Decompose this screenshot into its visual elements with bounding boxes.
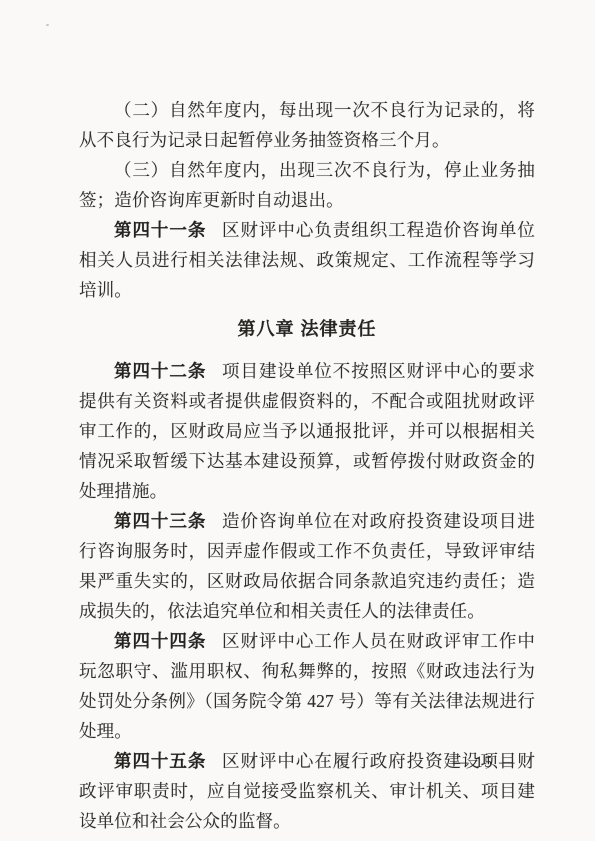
clause-45-number: 第四十五条 bbox=[114, 751, 222, 771]
clause-42-number: 第四十二条 bbox=[114, 361, 222, 381]
paragraph-text: （三）自然年度内，出现三次不良行为，停止业务抽签；造价咨询库更新时自动退出。 bbox=[79, 160, 535, 210]
page-number: — 15 — bbox=[453, 754, 516, 772]
clause-42: 第四十二条项目建设单位不按照区财评中心的要求提供有关资料或者提供虚假资料的，不配… bbox=[79, 356, 535, 506]
clause-42-text: 项目建设单位不按照区财评中心的要求提供有关资料或者提供虚假资料的，不配合或阻扰财… bbox=[79, 361, 535, 501]
list-item-2: （二）自然年度内，每出现一次不良行为记录的，将从不良行为记录日起暂停业务抽签资格… bbox=[79, 95, 535, 155]
scanned-document-page: （二）自然年度内，每出现一次不良行为记录的，将从不良行为记录日起暂停业务抽签资格… bbox=[0, 0, 595, 841]
clause-41: 第四十一条区财评中心负责组织工程造价咨询单位相关人员进行相关法律法规、政策规定、… bbox=[79, 215, 535, 305]
clause-44-number: 第四十四条 bbox=[114, 631, 222, 651]
chapter-heading: 第八章 法律责任 bbox=[79, 314, 535, 344]
clause-44: 第四十四条区财评中心工作人员在财政评审工作中玩忽职守、滥用职权、徇私舞弊的，按照… bbox=[79, 626, 535, 746]
clause-43: 第四十三条造价咨询单位在对政府投资建设项目进行咨询服务时，因弄虚作假或工作不负责… bbox=[79, 506, 535, 626]
scan-artifact-dot bbox=[46, 24, 49, 26]
paragraph-text: （二）自然年度内，每出现一次不良行为记录的，将从不良行为记录日起暂停业务抽签资格… bbox=[79, 100, 535, 150]
document-body: （二）自然年度内，每出现一次不良行为记录的，将从不良行为记录日起暂停业务抽签资格… bbox=[79, 95, 535, 836]
clause-43-number: 第四十三条 bbox=[114, 511, 222, 531]
list-item-3: （三）自然年度内，出现三次不良行为，停止业务抽签；造价咨询库更新时自动退出。 bbox=[79, 155, 535, 215]
clause-41-number: 第四十一条 bbox=[114, 220, 222, 240]
